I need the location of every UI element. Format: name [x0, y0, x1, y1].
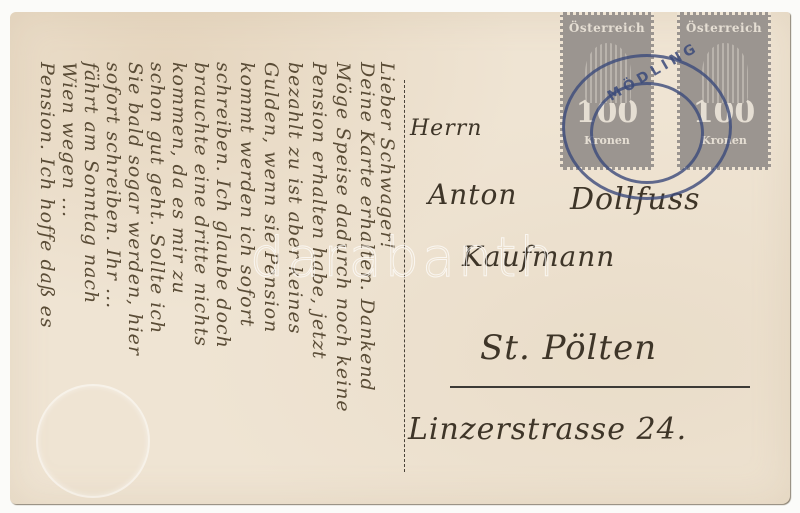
message-line: Sie bald sogar werden, hier	[124, 62, 146, 356]
message-line: Wien wegen ...	[58, 62, 80, 218]
message-line: Pension. Ich hoffe daß es	[36, 62, 58, 329]
postmark-inner-ring	[590, 82, 704, 184]
address-city: St. Pölten	[480, 328, 657, 368]
stamp-country: Österreich	[680, 21, 768, 35]
message-line: brauchte eine dritte nichts	[190, 62, 212, 347]
postcard-back: Lieber Schwager! Deine Karte erhalten. D…	[10, 12, 790, 504]
message-line: sofort schreiben. Ihr ...	[102, 62, 124, 309]
message-line: bezahlt zu ist aber keines	[284, 62, 306, 334]
address-street: Linzerstrasse 24.	[408, 412, 687, 447]
message-line: schreiben. Ich glaube doch	[212, 62, 234, 349]
message-line: schon gut geht. Sollte ich	[146, 62, 168, 334]
message-line: Lieber Schwager!	[376, 62, 398, 250]
message-line: Pension erhalten habe, jetzt	[308, 62, 330, 360]
message-line: kommen, da es mir zu	[168, 62, 190, 295]
address-salutation: Herrn	[410, 116, 482, 141]
message-line: fährt am Sonntag nach	[80, 62, 102, 304]
watermark: darabanth	[250, 226, 557, 289]
embossed-seal	[36, 384, 150, 498]
stamp-country: Österreich	[563, 21, 651, 35]
address-underline	[450, 386, 750, 388]
message-line: Gulden, wenn sie Pension	[260, 62, 282, 333]
address-first-name: Anton	[428, 178, 517, 211]
